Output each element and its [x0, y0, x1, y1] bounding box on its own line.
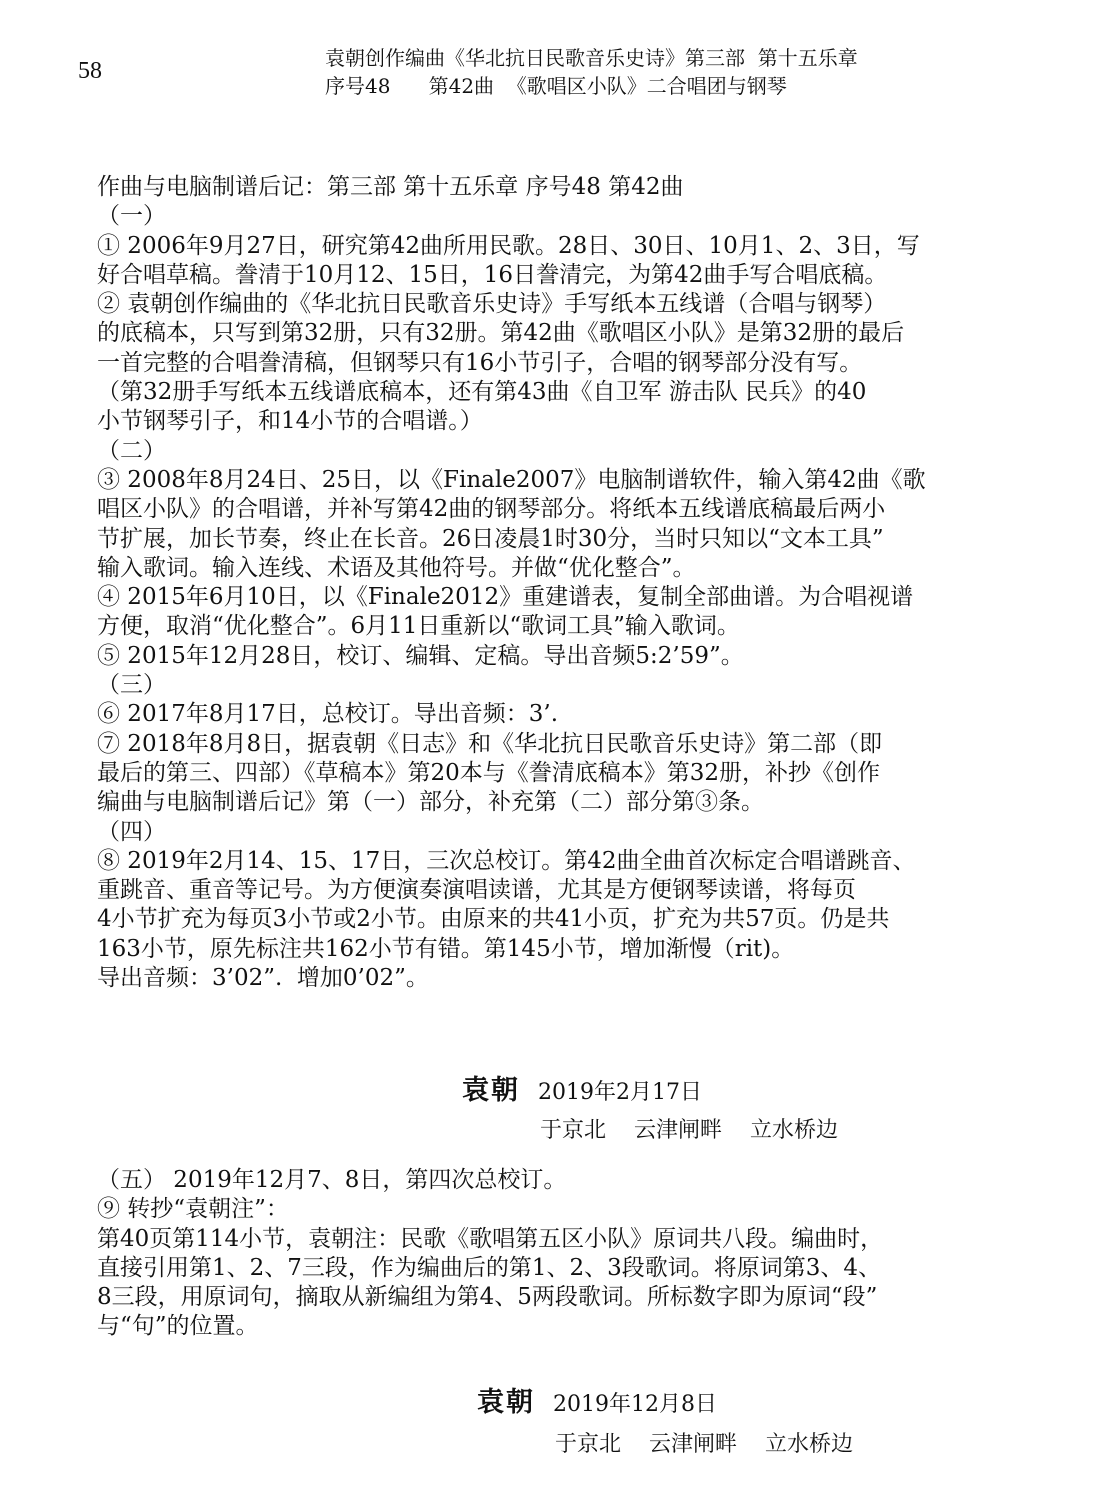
- signature-date: 2019年12月8日: [553, 1392, 717, 1417]
- page-number: 58: [78, 58, 102, 85]
- paragraph-line: 方便，取消“优化整合”。6月11日重新以“歌词工具”输入歌词。: [97, 612, 997, 641]
- paragraph-line: 节扩展，加长节奏，终止在长音。26日凌晨1时30分，当时只知以“文本工具”: [97, 525, 997, 554]
- paragraph-line: 一首完整的合唱誊清稿，但钢琴只有16小节引子，合唱的钢琴部分没有写。: [97, 349, 997, 378]
- signature-name: 袁朝: [477, 1387, 535, 1418]
- paragraph-line: ② 袁朝创作编曲的《华北抗日民歌音乐史诗》手写纸本五线谱（合唱与钢琴）: [97, 290, 997, 319]
- paragraph-line: 的底稿本，只写到第32册，只有32册。第42曲《歌唱区小队》是第32册的最后: [97, 319, 997, 348]
- paragraph-line: 第40页第114小节，袁朝注：民歌《歌唱第五区小队》原词共八段。编曲时，: [97, 1225, 997, 1254]
- paragraph-line: 输入歌词。输入连线、术语及其他符号。并做“优化整合”。: [97, 554, 997, 583]
- signature-name: 袁朝: [462, 1075, 520, 1106]
- paragraph-line: 直接引用第1、2、7三段，作为编曲后的第1、2、3段歌词。将原词第3、4、: [97, 1254, 997, 1283]
- section-label-2: （二）: [97, 437, 997, 466]
- section-5-body: （五） 2019年12月7、8日，第四次总校订。 ⑨ 转抄“袁朝注”： 第40页…: [97, 1166, 997, 1342]
- paragraph-line: 8三段，用原词句，摘取从新编组为第4、5两段歌词。所标数字即为原词“段”: [97, 1283, 997, 1312]
- running-header-line-1: 袁朝创作编曲《华北抗日民歌音乐史诗》第三部 第十五乐章: [325, 44, 858, 72]
- signature-date: 2019年2月17日: [538, 1080, 702, 1105]
- paragraph-line: 最后的第三、四部）《草稿本》第20本与《誊清底稿本》第32册，补抄《创作: [97, 759, 997, 788]
- signature-block-1: 袁朝2019年2月17日 于京北 云津闸畔 立水桥边: [462, 1068, 838, 1144]
- section-label-5: （五） 2019年12月7、8日，第四次总校订。: [97, 1166, 997, 1195]
- signature-place: 于京北 云津闸畔 立水桥边: [555, 1427, 853, 1458]
- paragraph-line: ⑦ 2018年8月8日，据袁朝《日志》和《华北抗日民歌音乐史诗》第二部（即: [97, 730, 997, 759]
- paragraph-line: 导出音频：3’02”. 增加0’02”。: [97, 964, 997, 993]
- section-label-1: （一）: [97, 202, 997, 231]
- paragraph-line: ④ 2015年6月10日，以《Finale2012》重建谱表，复制全部曲谱。为合…: [97, 583, 997, 612]
- paragraph-line: ⑧ 2019年2月14、15、17日，三次总校订。第42曲全曲首次标定合唱谱跳音…: [97, 847, 997, 876]
- paragraph-line: ① 2006年9月27日，研究第42曲所用民歌。28日、30日、10月1、2、3…: [97, 232, 997, 261]
- paragraph-line: ③ 2008年8月24日、25日，以《Finale2007》电脑制谱软件，输入第…: [97, 466, 997, 495]
- paragraph-line: （第32册手写纸本五线谱底稿本，还有第43曲《自卫军 游击队 民兵》的40: [97, 378, 997, 407]
- running-header-line-2: 序号48 第42曲 《歌唱区小队》二合唱团与钢琴: [325, 72, 858, 100]
- section-label-3: （三）: [97, 671, 997, 700]
- paragraph-line: 唱区小队》的合唱谱，并补写第42曲的钢琴部分。将纸本五线谱底稿最后两小: [97, 495, 997, 524]
- signature-place: 于京北 云津闸畔 立水桥边: [540, 1113, 838, 1144]
- afterword-body: 作曲与电脑制谱后记：第三部 第十五乐章 序号48 第42曲 （一） ① 2006…: [97, 173, 997, 993]
- paragraph-line: 163小节，原先标注共162小节有错。第145小节，增加渐慢（rit)。: [97, 935, 997, 964]
- paragraph-line: 编曲与电脑制谱后记》第（一）部分，补充第（二）部分第③条。: [97, 788, 997, 817]
- paragraph-line: ⑥ 2017年8月17日，总校订。导出音频：3’.: [97, 700, 997, 729]
- paragraph-line: ⑤ 2015年12月28日，校订、编辑、定稿。导出音频5:2’59”。: [97, 642, 997, 671]
- paragraph-line: 与“句”的位置。: [97, 1312, 997, 1341]
- running-header: 袁朝创作编曲《华北抗日民歌音乐史诗》第三部 第十五乐章 序号48 第42曲 《歌…: [325, 44, 858, 100]
- paragraph-line: 4小节扩充为每页3小节或2小节。由原来的共41小页，扩充为共57页。仍是共: [97, 905, 997, 934]
- section-label-4: （四）: [97, 818, 997, 847]
- paragraph-line: 小节钢琴引子，和14小节的合唱谱。）: [97, 407, 997, 436]
- paragraph-line: 好合唱草稿。誊清于10月12、15日，16日誊清完，为第42曲手写合唱底稿。: [97, 261, 997, 290]
- paragraph-line: ⑨ 转抄“袁朝注”：: [97, 1195, 997, 1224]
- afterword-heading: 作曲与电脑制谱后记：第三部 第十五乐章 序号48 第42曲: [97, 173, 997, 202]
- signature-block-2: 袁朝2019年12月8日 于京北 云津闸畔 立水桥边: [477, 1380, 853, 1458]
- paragraph-line: 重跳音、重音等记号。为方便演奏演唱读谱，尤其是方便钢琴读谱，将每页: [97, 876, 997, 905]
